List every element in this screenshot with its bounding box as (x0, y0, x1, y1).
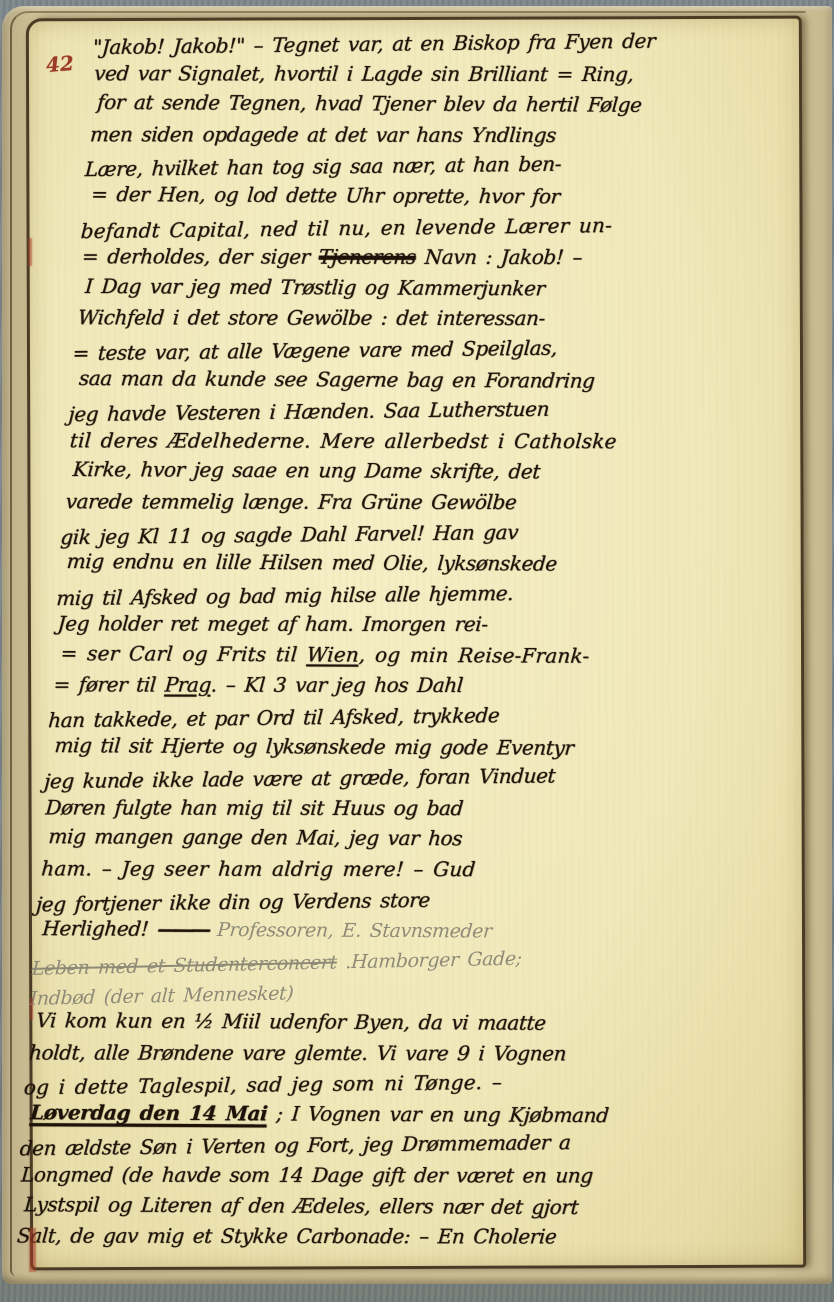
handwriting-line: = fører til Prag. – Kl 3 var jeg hos Dah… (52, 670, 800, 702)
handwriting-segment: varede temmelig længe. Fra Grüne Gewölbe (65, 489, 517, 514)
handwriting-segment: Wichfeld i det store Gewölbe : det inter… (77, 306, 546, 331)
handwriting-segment: jeg havde Vesteren i Hænden. Saa Luthers… (68, 397, 550, 426)
handwriting-line: Vi kom kun en ½ Miil udenfor Byen, da vi… (35, 1005, 783, 1040)
handwriting-line: Lystspil og Literen af den Ædeles, eller… (23, 1189, 771, 1224)
handwriting-line: = derholdes, der siger Tjenerens Navn : … (81, 241, 829, 273)
handwriting-segment: Prag (164, 673, 212, 697)
handwriting-segment: , og min Reise-Frank- (358, 642, 590, 667)
scanned-diary-page: "Jakob! Jakob!" – Tegnet var, at en Bisk… (0, 0, 834, 1302)
handwriting-segment: mig til Afsked og bad mig hilse alle hje… (56, 581, 514, 610)
handwriting-segment: Døren fulgte han mig til sit Huus og bad (45, 795, 464, 820)
handwriting-segment: men siden opdagede at det var hans Yndli… (89, 122, 557, 147)
red-margin-mark-bottom (29, 1228, 36, 1272)
handwriting-line: ved var Signalet, hvortil i Lagde sin Br… (93, 58, 834, 90)
handwriting-line: Wichfeld i det store Gewölbe : det inter… (77, 303, 825, 335)
handwriting-segment: = ser Carl og Frits til (60, 641, 308, 666)
handwriting-line: "Jakob! Jakob!" – Tegnet var, at en Bisk… (92, 24, 834, 63)
red-margin-mark-middle (30, 998, 33, 1020)
handwriting-segment: Professoren, E. Stavnsmeder (216, 919, 492, 942)
handwriting-line: varede temmelig længe. Fra Grüne Gewölbe (65, 486, 813, 518)
handwriting-line: Longmed (de havde som 14 Dage gift der v… (20, 1159, 768, 1191)
handwriting-segment: og i dette Taglespil, sad jeg som ni Tøn… (23, 1070, 503, 1099)
handwriting-line: Salt, de gav mig et Stykke Carbonade: – … (16, 1221, 764, 1253)
handwriting-segment: jeg kunde ikke lade være at græde, foran… (43, 764, 555, 794)
handwriting-segment: mig mangen gange den Mai, jeg var hos (48, 825, 463, 851)
handwriting-segment: Salt, de gav mig et Stykke Carbonade: – … (16, 1224, 557, 1249)
handwriting-segment: ved var Signalet, hvortil i Lagde sin Br… (93, 61, 634, 86)
manuscript-paper: "Jakob! Jakob!" – Tegnet var, at en Bisk… (26, 16, 806, 1271)
handwriting-line: Jeg holder ret meget af ham. Imorgen rei… (57, 609, 805, 641)
handwriting-line: for at sende Tegnen, hvad Tjener blev da… (96, 87, 834, 122)
handwriting-segment: Navn : Jakob! – (415, 245, 583, 269)
handwriting-segment: ham. – Jeg seer ham aldrig mere! – Gud (41, 856, 477, 881)
handwriting-segment: gik jeg Kl 11 og sagde Dahl Farvel! Han … (60, 519, 519, 548)
handwriting-segment: . – Kl 3 var jeg hos Dahl (210, 673, 464, 697)
handwriting-segment: Kirke, hvor jeg saae en ung Dame skrifte… (72, 457, 541, 483)
handwriting-segment: saa man da kunde see Sagerne bag en Fora… (78, 366, 595, 393)
handwriting-segment: Vi kom kun en ½ Miil udenfor Byen, da vi… (35, 1008, 546, 1035)
handwriting-segment: Tjenerens (318, 245, 417, 269)
handwriting-segment: ; I Vognen var en ung Kjøbmand (266, 1101, 609, 1127)
handwriting-segment: Wien (306, 642, 360, 666)
handwriting-line: I Dag var jeg med Trøstlig og Kammerjunk… (84, 271, 832, 306)
handwriting-line: = ser Carl og Frits til Wien, og min Rei… (60, 638, 808, 673)
handwriting-segment: "Jakob! Jakob!" – Tegnet var, at en Bisk… (92, 29, 656, 59)
handwriting-line: jeg kunde ikke lade være at græde, foran… (43, 758, 791, 797)
handwriting-segment: Leben med et Studenterconcert (31, 951, 337, 979)
handwriting-segment: = der Hen, og lod dette Uhr oprette, hvo… (90, 182, 560, 208)
handwriting-segment: jeg fortjener ikke din og Verdens store (35, 887, 430, 915)
handwriting-segment: Løverdag den 14 Mai (29, 1100, 268, 1125)
handwriting-segment: Herlighed! (42, 916, 159, 941)
handwriting-segment: .Hamborger Gade; (336, 947, 522, 973)
handwriting-line: ham. – Jeg seer ham aldrig mere! – Gud (40, 853, 788, 885)
red-margin-mark-top (28, 238, 32, 266)
handwriting-segment: = teste var, at alle Vægene vare med Spe… (72, 336, 558, 365)
handwriting-line: til deres Ædelhederne. Mere allerbedst i… (69, 425, 817, 457)
handwriting-line: jeg havde Vesteren i Hænden. Saa Luthers… (68, 391, 816, 430)
handwriting-segment: I Dag var jeg med Trøstlig og Kammerjunk… (84, 274, 545, 300)
handwriting-segment: han takkede, et par Ord til Afsked, tryk… (48, 703, 500, 732)
handwriting-segment: = derholdes, der siger (81, 244, 319, 268)
handwriting-line: den ældste Søn i Verten og Fort, jeg Drø… (19, 1125, 767, 1164)
handwriting-segment: Longmed (de havde som 14 Dage gift der v… (20, 1162, 593, 1187)
handwriting-line: Kirke, hvor jeg saae en ung Dame skrifte… (72, 454, 820, 489)
handwriting-segment: Lystspil og Literen af den Ædeles, eller… (23, 1192, 579, 1219)
handwriting-segment: holdt, alle Brøndene vare glemte. Vi var… (28, 1040, 567, 1065)
handwriting-segment: for at sende Tegnen, hvad Tjener blev da… (96, 90, 642, 117)
handwriting-segment: til deres Ædelhederne. Mere allerbedst i… (69, 428, 618, 453)
handwriting-segment: befandt Capital, ned til nu, en levende … (80, 213, 613, 243)
handwriting-segment: Lære, hvilket han tog sig saa nær, at ha… (84, 152, 562, 181)
handwriting-lines: "Jakob! Jakob!" – Tegnet var, at en Bisk… (12, 27, 834, 1268)
handwriting-line: mig mangen gange den Mai, jeg var hos (47, 822, 795, 857)
handwriting-segment: ——— (156, 917, 209, 941)
handwriting-segment: mig til sit Hjerte og lyksønskede mig go… (54, 733, 575, 760)
handwriting-segment: Jeg holder ret meget af ham. Imorgen rei… (57, 612, 489, 637)
page-number: 42 (45, 51, 75, 77)
handwriting-segment: mig endnu en lille Hilsen med Olie, lyks… (66, 549, 558, 576)
handwriting-segment: = fører til (53, 673, 166, 697)
handwriting-line: befandt Capital, ned til nu, en levende … (80, 207, 828, 246)
handwriting-segment: den ældste Søn i Verten og Fort, jeg Drø… (19, 1130, 571, 1160)
handwriting-line: Døren fulgte han mig til sit Huus og bad (44, 792, 792, 824)
